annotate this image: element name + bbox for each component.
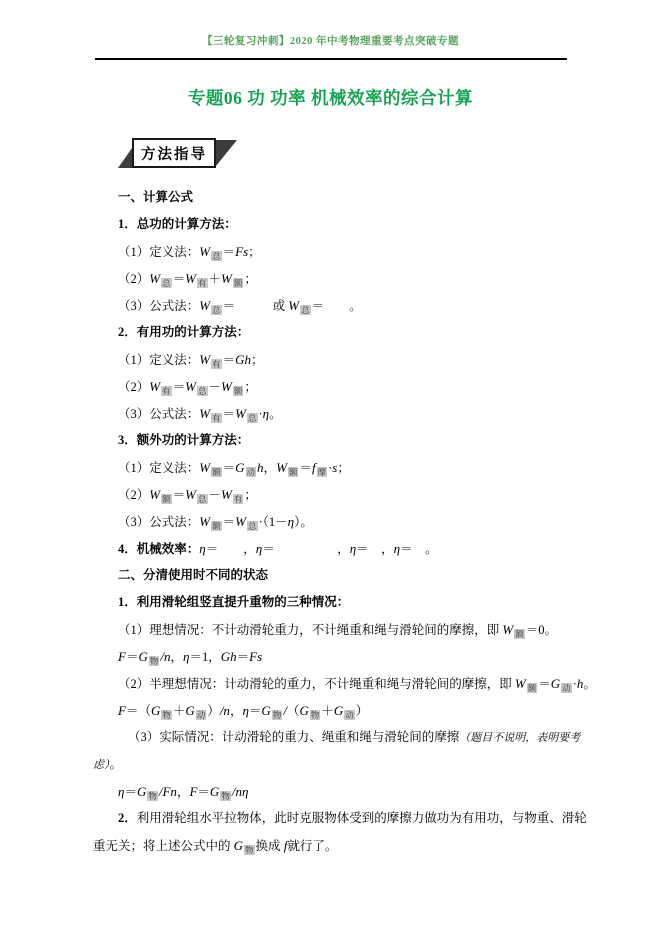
text: （2） — [118, 488, 149, 502]
text: （1）定义法： — [118, 461, 199, 475]
text: ＋ — [321, 704, 334, 718]
text: ＝ 。 — [312, 299, 362, 313]
banner-right-triangle-icon — [216, 140, 237, 166]
formula-subscript: 额 — [211, 521, 222, 531]
formula-variable: W — [149, 271, 160, 286]
text: ·（1－ — [259, 515, 288, 529]
doc-line: （2）W总＝W有＋W额； — [93, 265, 571, 292]
formula-subscript: 额 — [233, 278, 244, 288]
method-guide-banner: 方法指导 — [118, 138, 237, 168]
formula-variable: W — [288, 298, 299, 313]
bold-text: 2．有用功的计算方法： — [118, 325, 249, 339]
text: ＝ — [223, 407, 236, 421]
text: ； — [244, 272, 257, 286]
text: ， — [230, 704, 243, 718]
text: ＝0。 — [526, 623, 557, 637]
bold-text: 2． — [118, 811, 137, 825]
text: ＝ — [173, 380, 186, 394]
formula-variable: F — [118, 703, 126, 718]
text: － — [209, 488, 222, 502]
text: ＝ — [237, 650, 250, 664]
formula-subscript: 额 — [161, 494, 172, 504]
text: ＝（ — [126, 704, 151, 718]
formula-variable: G — [185, 703, 194, 718]
formula-variable: G — [235, 460, 244, 475]
text: （2）半理想情况：计动滑轮的重力，不计绳重和绳与滑轮间的摩擦，即 — [118, 677, 515, 691]
formula-subscript: 总 — [300, 305, 311, 315]
formula-variable: /n — [160, 649, 170, 664]
formula-variable: G — [234, 838, 243, 853]
text: ＝ ， — [206, 542, 256, 556]
formula-variable: W — [199, 406, 210, 421]
formula-subscript: 物 — [147, 791, 158, 801]
doc-line: （2）W额＝W总－W有； — [93, 481, 571, 508]
text: （ — [287, 704, 300, 718]
bold-text: 4．机械效率： — [118, 542, 199, 556]
page-header: 【三轮复习冲刺】2020 年中考物理重要考点突破专题 — [0, 33, 661, 48]
formula-variable: W — [185, 379, 196, 394]
text: 换成 — [256, 839, 284, 853]
formula-variable: G — [334, 703, 343, 718]
text: （3）实际情况：计动滑轮的重力、绳重和绳与滑轮间的摩擦 — [128, 730, 459, 744]
text: ＝ 或 — [223, 299, 289, 313]
bold-text: 二、分清使用时不同的状态 — [118, 568, 268, 582]
text: （2） — [118, 272, 149, 286]
formula-variable: /nη — [232, 784, 249, 799]
doc-line: F＝（G物＋G动）/n，η＝G物/（G物＋G动） — [93, 697, 571, 724]
doc-line: （1）定义法：W有＝Gh； — [93, 346, 571, 373]
formula-variable: G — [138, 649, 147, 664]
doc-line: 二、分清使用时不同的状态 — [93, 562, 571, 589]
bold-text: 一、计算公式 — [118, 190, 193, 204]
formula-variable: W — [185, 271, 196, 286]
formula-variable: W — [276, 460, 287, 475]
formula-subscript: 额 — [514, 629, 525, 639]
note-text: 虑） — [93, 759, 110, 771]
formula-subscript: 总 — [197, 386, 208, 396]
formula-variable: W — [199, 352, 210, 367]
text: ＋ — [209, 272, 222, 286]
doc-line: 一、计算公式 — [93, 184, 571, 211]
doc-line: 虑）。 — [93, 751, 571, 778]
doc-line: （2）W有＝W总－W额； — [93, 373, 571, 400]
doc-line: 重无关；将上述公式中的 G物换成 f就行了。 — [93, 832, 571, 859]
doc-line: （1）定义法：W额＝G动h，W额＝f摩·s； — [93, 454, 571, 481]
text: （1）定义法： — [118, 353, 199, 367]
formula-variable: W — [235, 406, 246, 421]
formula-subscript: 额 — [288, 467, 299, 477]
formula-subscript: 额 — [233, 386, 244, 396]
formula-variable: G — [151, 703, 160, 718]
text: ＝ ， — [356, 542, 394, 556]
formula-variable: W — [502, 622, 513, 637]
doc-line: 2．利用滑轮组水平拉物体，此时克服物体受到的摩擦力做功为有用功，与物重、滑轮 — [93, 805, 571, 832]
formula-variable: G — [299, 703, 308, 718]
text: （3）公式法： — [118, 407, 199, 421]
text: （2） — [118, 380, 149, 394]
doc-line: 2．有用功的计算方法： — [93, 319, 571, 346]
page-title: 专题06 功 功率 机械效率的综合计算 — [0, 85, 661, 110]
formula-variable: W — [149, 487, 160, 502]
bold-text: 1．利用滑轮组竖直提升重物的三种情况： — [118, 595, 349, 609]
note-text: （题目不说明，表明要考 — [459, 732, 580, 744]
formula-variable: F — [118, 649, 126, 664]
formula-subscript: 额 — [527, 683, 538, 693]
formula-variable: f — [312, 460, 316, 475]
formula-subscript: 有 — [197, 278, 208, 288]
text: ＝ — [173, 488, 186, 502]
doc-line: 1．利用滑轮组竖直提升重物的三种情况： — [93, 589, 571, 616]
text: ＋ — [173, 704, 186, 718]
text: ＝1， — [189, 650, 220, 664]
doc-line: 4．机械效率：η＝ ，η＝ ，η＝ ，η＝ 。 — [93, 535, 571, 562]
text: （1）定义法： — [118, 245, 199, 259]
doc-lines: 一、计算公式1．总功的计算方法：（1）定义法：W总＝Fs；（2）W总＝W有＋W额… — [93, 184, 571, 859]
formula-variable: W — [221, 487, 232, 502]
formula-subscript: 物 — [272, 710, 283, 720]
doc-line: （3）公式法：W总＝ 或 W总＝ 。 — [93, 292, 571, 319]
banner-label: 方法指导 — [132, 138, 216, 168]
formula-variable: W — [185, 487, 196, 502]
doc-line: （3）实际情况：计动滑轮的重力、绳重和绳与滑轮间的摩擦（题目不说明，表明要考 — [93, 724, 571, 751]
formula-variable: Gh — [221, 649, 237, 664]
text: ， — [171, 650, 184, 664]
text: ＝ — [223, 515, 236, 529]
doc-line: 3．额外功的计算方法： — [93, 427, 571, 454]
text: ＝ — [223, 245, 236, 259]
formula-variable: W — [199, 514, 210, 529]
formula-subscript: 动 — [561, 683, 572, 693]
banner-left-triangle-icon — [118, 148, 132, 168]
formula-subscript: 动 — [246, 467, 257, 477]
formula-variable: W — [199, 460, 210, 475]
formula-subscript: 物 — [220, 791, 231, 801]
text: 重无关；将上述公式中的 — [93, 839, 234, 853]
text: ； — [244, 380, 257, 394]
formula-variable: /Fn — [159, 784, 177, 799]
text: ＝ — [223, 461, 236, 475]
bold-text: 3．额外功的计算方法： — [118, 433, 249, 447]
header-divider — [95, 58, 567, 60]
text: ） — [356, 704, 369, 718]
text: ＝ ， — [262, 542, 350, 556]
text: ； — [244, 488, 257, 502]
doc-line: （3）公式法：W有＝W总·η。 — [93, 400, 571, 427]
text: ＝ — [538, 677, 551, 691]
text: 。 — [583, 677, 596, 691]
formula-variable: W — [235, 514, 246, 529]
formula-subscript: 有 — [161, 386, 172, 396]
formula-subscript: 总 — [247, 521, 258, 531]
text: ＝ — [173, 272, 186, 286]
text: 利用滑轮组水平拉物体，此时克服物体受到的摩擦力做功为有用功，与物重、滑轮 — [137, 811, 587, 825]
text: （1）理想情况：不计动滑轮重力，不计绳重和绳与滑轮间的摩擦，即 — [118, 623, 502, 637]
formula-variable: G — [210, 784, 219, 799]
text: ＝ — [124, 785, 137, 799]
text: 。 — [269, 407, 282, 421]
formula-subscript: 物 — [244, 845, 255, 855]
doc-line: （1）定义法：W总＝Fs； — [93, 238, 571, 265]
text: （3）公式法： — [118, 515, 199, 529]
formula-variable: G — [551, 676, 560, 691]
text: ＝ — [249, 704, 262, 718]
text: 。 — [110, 757, 123, 771]
formula-subscript: 总 — [161, 278, 172, 288]
formula-subscript: 额 — [211, 467, 222, 477]
formula-variable: W — [221, 271, 232, 286]
text: ） — [207, 704, 220, 718]
text: ； — [337, 461, 350, 475]
text: ； — [251, 353, 264, 367]
formula-subscript: 总 — [197, 494, 208, 504]
doc-line: F＝G物/n，η＝1，Gh＝Fs — [93, 643, 571, 670]
text: ＝ 。 — [400, 542, 438, 556]
formula-subscript: 总 — [247, 413, 258, 423]
doc-line: （3）公式法：W额＝W总·（1－η）。 — [93, 508, 571, 535]
formula-subscript: 总 — [211, 251, 222, 261]
formula-variable: W — [515, 676, 526, 691]
text: ＝ — [197, 785, 210, 799]
formula-variable: W — [199, 298, 210, 313]
doc-line: 1．总功的计算方法： — [93, 211, 571, 238]
formula-variable: Fs — [249, 649, 262, 664]
formula-variable: G — [137, 784, 146, 799]
formula-variable: /n — [220, 703, 230, 718]
formula-subscript: 摩 — [317, 467, 328, 477]
doc-line: η＝G物/Fn，F＝G物/nη — [93, 778, 571, 805]
formula-subscript: 物 — [161, 710, 172, 720]
formula-variable: G — [261, 703, 270, 718]
text: － — [209, 380, 222, 394]
formula-subscript: 动 — [196, 710, 207, 720]
formula-subscript: 有 — [211, 413, 222, 423]
formula-subscript: 有 — [211, 359, 222, 369]
formula-variable: Gh — [235, 352, 251, 367]
formula-subscript: 物 — [310, 710, 321, 720]
doc-line: （1）理想情况：不计动滑轮重力，不计绳重和绳与滑轮间的摩擦，即 W额＝0。 — [93, 616, 571, 643]
bold-text: 1．总功的计算方法： — [118, 217, 237, 231]
text: 就行了。 — [287, 839, 337, 853]
text: ）。 — [294, 515, 313, 529]
formula-variable: Fs — [235, 244, 248, 259]
text: ， — [177, 785, 190, 799]
formula-subscript: 动 — [344, 710, 355, 720]
formula-variable: W — [149, 379, 160, 394]
document-page: 【三轮复习冲刺】2020 年中考物理重要考点突破专题 专题06 功 功率 机械效… — [0, 0, 661, 935]
text: ＝ — [223, 353, 236, 367]
doc-line: （2）半理想情况：计动滑轮的重力，不计绳重和绳与滑轮间的摩擦，即 W额＝G动·h… — [93, 670, 571, 697]
text: （3）公式法： — [118, 299, 199, 313]
text: ， — [264, 461, 277, 475]
text: ＝ — [299, 461, 312, 475]
formula-subscript: 总 — [211, 305, 222, 315]
formula-variable: W — [221, 379, 232, 394]
text: ； — [248, 245, 261, 259]
text: ＝ — [126, 650, 139, 664]
formula-subscript: 有 — [233, 494, 244, 504]
formula-variable: W — [199, 244, 210, 259]
formula-subscript: 物 — [149, 656, 160, 666]
